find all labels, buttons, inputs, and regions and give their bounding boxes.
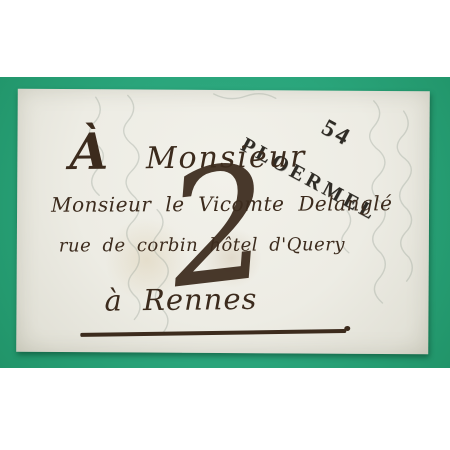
photo-of-antique-letter: { "colors": { "letterbox": "#ffffff", "b…: [0, 0, 450, 450]
letterbox-top: [0, 0, 450, 77]
letterbox-bottom: [0, 368, 450, 450]
letter-paper: 54 PLOERMEL À Monsieur Monsieur le Vicom…: [16, 89, 430, 355]
address-destination: à Rennes: [104, 285, 257, 316]
photo-background: 54 PLOERMEL À Monsieur Monsieur le Vicom…: [0, 77, 450, 368]
